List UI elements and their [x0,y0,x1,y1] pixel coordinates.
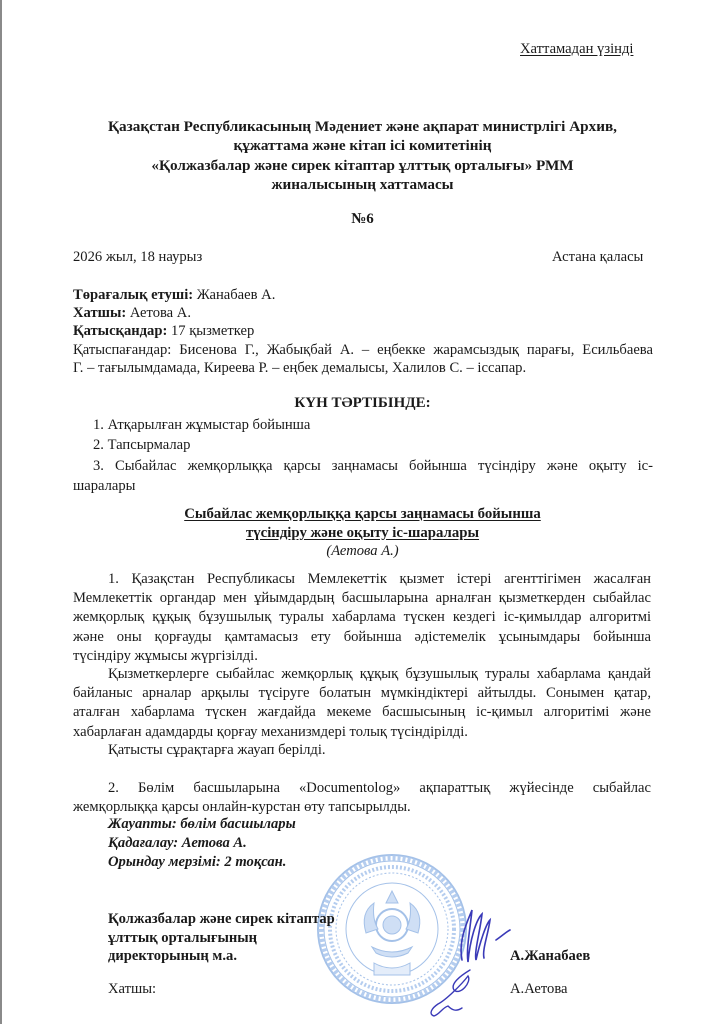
protocol-city: Астана қаласы [552,248,643,267]
secretary-signature-label: Хатшы: [108,980,156,999]
agenda-item-2: 2. Тапсырмалар [73,435,653,455]
p2-line: байланыс арналар арқылы түсіруге болатын… [73,684,651,703]
control: Қадағалау: Аетова А. [108,834,296,853]
secretary-label: Хатшы: [73,305,126,321]
header-line-1: Қазақстан Республикасының Мәдениет және … [0,117,725,136]
p1-line: және оны қорғауды қамтамасыз ету бойынша… [73,628,651,647]
secretary-name: А.Аетова [510,980,568,999]
attended-row: Қатысқандар: 17 қызметкер [73,322,653,340]
p2-line: хабарлаған адамдарды қорғау механизмдері… [73,723,651,742]
handwritten-signature-icon [410,880,520,1024]
section-title-line-1: Сыбайлас жемқорлыққа қарсы заңнамасы бой… [0,505,725,524]
secretary-row: Хатшы: Аетова А. [73,304,653,322]
paragraph-3: Қатысты сұрақтарға жауап берілді. [108,741,326,760]
p2-line: аталған хабарлама түскен жағдайда мекеме… [73,703,651,722]
signatory-org-line: Қолжазбалар және сирек кітаптар [108,910,335,929]
assignment-details: Жауапты: бөлім басшылары Қадағалау: Аето… [108,815,296,873]
attended-label: Қатысқандар: [73,323,167,339]
agenda-item-3: 3. Сыбайлас жемқорлыққа қарсы заңнамасы … [73,456,653,476]
attended-value: 17 қызметкер [167,323,254,339]
p1-line: Мемлекеттік органдар мен ұйымдардың басш… [73,589,651,608]
deadline: Орындау мерзімі: 2 тоқсан. [108,853,296,872]
protocol-date: 2026 жыл, 18 наурыз [73,248,202,267]
paragraph-4: 2. Бөлім басшыларына «Documentolog» ақпа… [73,779,651,817]
paragraph-2: Қызметкерлерге сыбайлас жемқорлық құқық … [73,665,651,742]
header-line-3: «Қолжазбалар және сирек кітаптар ұлттық … [0,156,725,175]
header-line-4: жиналысының хаттамасы [0,175,725,194]
agenda-item-1: 1. Атқарылған жұмыстар бойынша [73,415,653,435]
section-title: Сыбайлас жемқорлыққа қарсы заңнамасы бой… [0,505,725,542]
secretary-value: Аетова А. [126,305,191,321]
p1-line: жемқорлық құқық бұзушылық туралы хабарла… [73,608,651,627]
chair-label: Төрағалық етуші: [73,287,193,303]
agenda-list: 1. Атқарылған жұмыстар бойынша 2. Тапсыр… [73,415,653,496]
p4-line: 2. Бөлім басшыларына «Documentolog» ақпа… [73,779,651,798]
p1-line: 1. Қазақстан Республикасы Мемлекеттік қы… [73,570,651,589]
agenda-title: КҮН ТӘРТІБІНДЕ: [0,395,725,412]
protocol-number: №6 [0,211,725,228]
director-name: А.Жанабаев [510,947,590,966]
chair-value: Жанабаев А. [193,287,275,303]
extract-label: Хаттамадан үзінді [520,40,633,59]
absent-line-1: Қатыспағандар: Бисенова Г., Жабықбай А. … [73,341,653,359]
agenda-item-3-cont: шаралары [73,476,653,496]
signatory-organization: Қолжазбалар және сирек кітаптар ұлттық о… [108,910,335,966]
chair-row: Төрағалық етуші: Жанабаев А. [73,286,653,304]
absent-line-2: Г. – тағылымдамада, Киреева Р. – еңбек д… [73,359,653,377]
signatory-org-line: директорының м.а. [108,947,335,966]
p2-line: Қызметкерлерге сыбайлас жемқорлық құқық … [73,665,651,684]
header-line-2: құжаттама және кітап ісі комитетінің [0,136,725,155]
signatory-org-line: ұлттық орталығының [108,929,335,948]
paragraph-1: 1. Қазақстан Республикасы Мемлекеттік қы… [73,570,651,666]
document-header: Қазақстан Республикасының Мәдениет және … [0,117,725,195]
p1-line: түсіндіру жұмысы жүргізілді. [73,647,651,666]
section-title-line-2: түсіндіру және оқыту іс-шаралары [0,524,725,543]
meeting-participants: Төрағалық етуші: Жанабаев А. Хатшы: Аето… [73,286,653,377]
responsible: Жауапты: бөлім басшылары [108,815,296,834]
section-author: (Аетова А.) [0,542,725,561]
